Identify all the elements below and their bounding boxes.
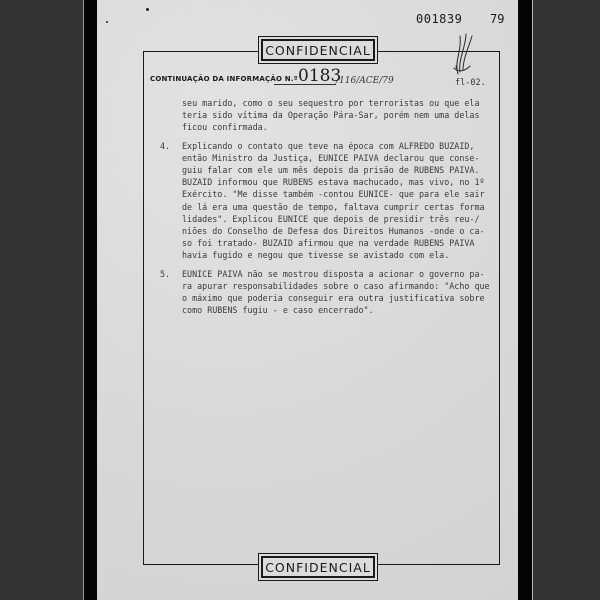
- classification-label: CONFIDENCIAL: [261, 39, 375, 61]
- document-body: seu marido, como o seu sequestro por ter…: [160, 97, 498, 316]
- continuation-paragraph: seu marido, como o seu sequestro por ter…: [160, 97, 498, 134]
- signature-icon: [444, 32, 478, 76]
- classification-label: CONFIDENCIAL: [261, 556, 375, 578]
- info-number: 0183: [298, 66, 341, 86]
- continuation-label: CONTINUAÇÃO DA INFORMAÇÃO N.º: [150, 75, 298, 83]
- classification-stamp-bottom: CONFIDENCIAL: [258, 553, 378, 581]
- item-number: 4.: [160, 140, 170, 152]
- info-number-suffix: /116/ACE/79: [336, 76, 394, 86]
- scan-border-left: [83, 0, 98, 600]
- item-5: 5. EUNICE PAIVA não se mostrou disposta …: [160, 268, 498, 317]
- scan-speck: [106, 21, 108, 23]
- scan-border-right: [518, 0, 533, 600]
- document-number: 001839: [416, 12, 462, 26]
- classification-stamp-top: CONFIDENCIAL: [258, 36, 378, 64]
- scan-speck: [146, 8, 149, 11]
- item-number: 5.: [160, 268, 170, 280]
- page-number: 79: [490, 12, 504, 26]
- sheet-number: fl-02.: [455, 78, 486, 88]
- item-4: 4. Explicando o contato que teve na époc…: [160, 140, 498, 262]
